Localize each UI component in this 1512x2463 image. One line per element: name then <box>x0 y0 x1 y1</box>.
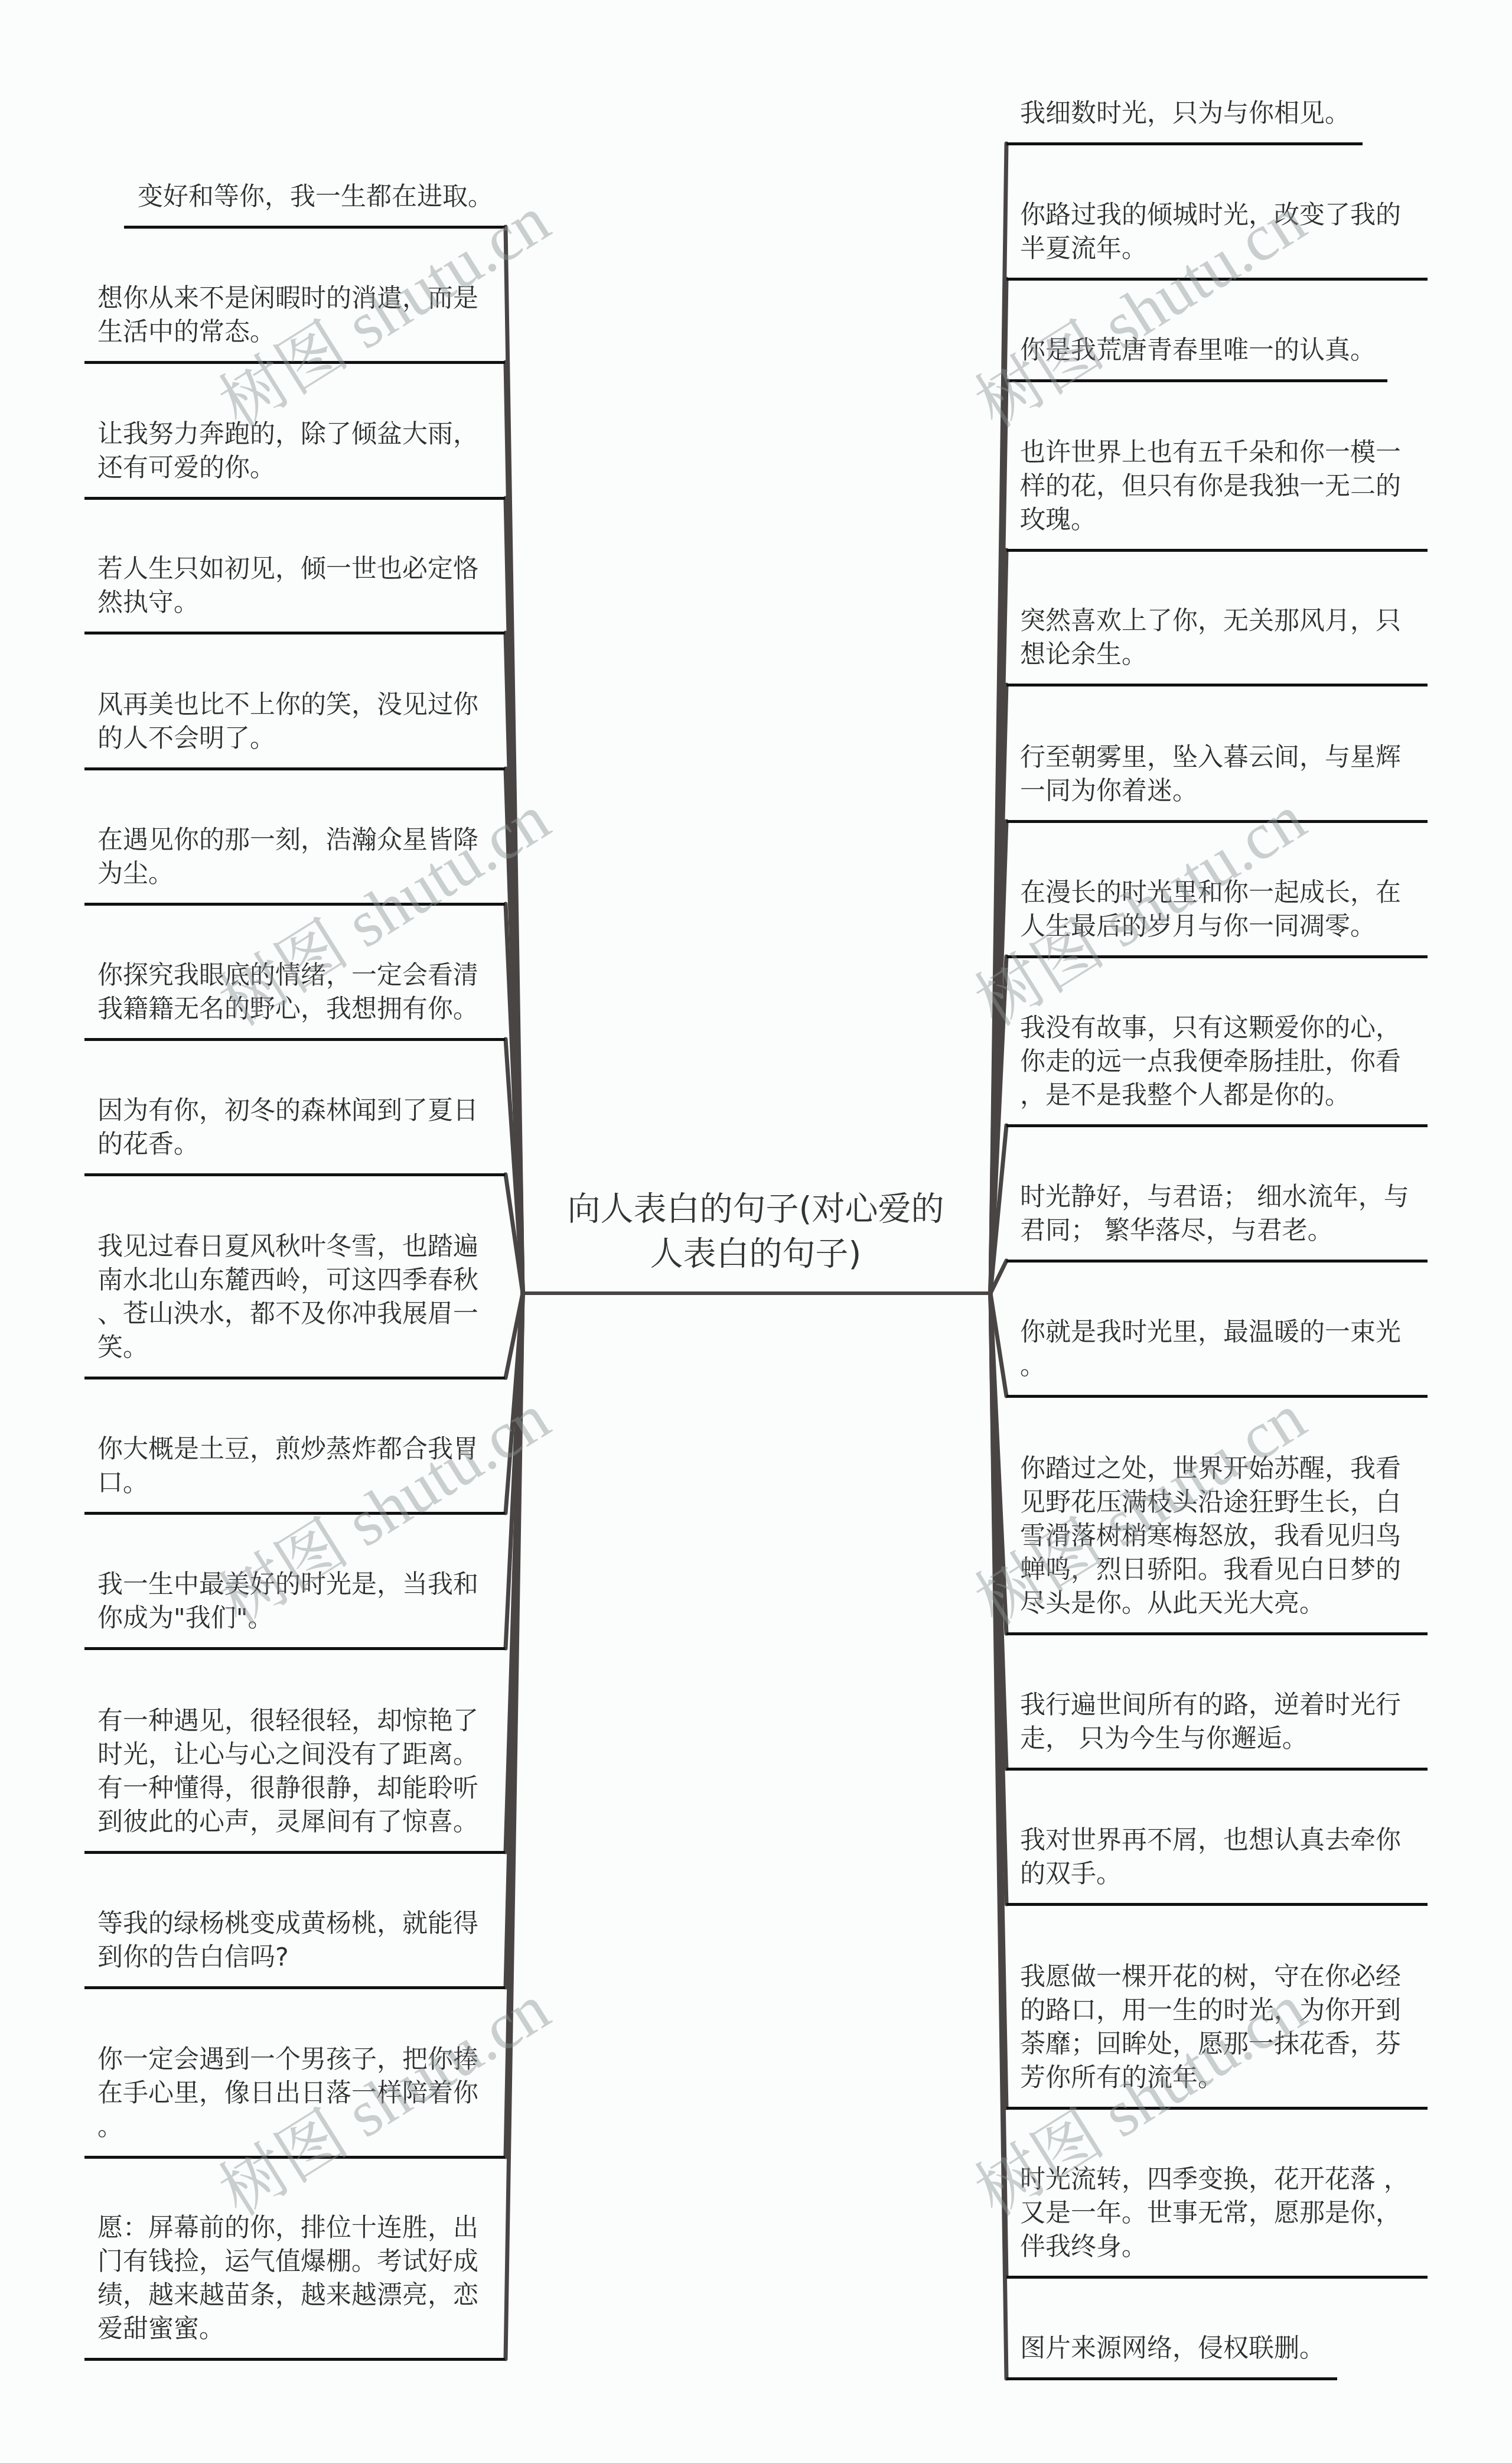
right-branch-node: 图片来源网络，侵权联删。 <box>1006 2332 1337 2380</box>
left-branch-node: 在遇见你的那一刻，浩瀚众星皆降 为尘。 <box>84 824 505 906</box>
right-branch-node: 你路过我的倾城时光，改变了我的 半夏流年。 <box>1006 199 1428 281</box>
left-branch-node: 想你从来不是闲暇时的消遣，而是 生活中的常态。 <box>84 282 505 364</box>
right-branch-node: 时光流转，四季变换，花开花落 ， 又是一年。世事无常，愿那是你， 伴我终身。 <box>1006 2163 1428 2279</box>
left-branch-node: 有一种遇见，很轻很轻，却惊艳了 时光，让心与心之间没有了距离。 有一种懂得，很静… <box>84 1704 505 1854</box>
right-branch-node: 时光静好，与君语； 细水流年，与 君同； 繁华落尽，与君老。 <box>1006 1180 1428 1263</box>
left-branch-node: 若人生只如初见，倾一世也必定恪 然执守。 <box>84 552 505 635</box>
left-branch-node: 等我的绿杨桃变成黄杨桃，就能得 到你的告白信吗? <box>84 1907 505 1989</box>
left-branch-node: 愿：屏幕前的你，排位十连胜，出 门有钱捡，运气值爆棚。考试好成 绩，越来越苗条，… <box>84 2211 505 2361</box>
left-branch-node: 你一定会遇到一个男孩子，把你捧 在手心里，像日出日落一样陪着你 。 <box>84 2043 505 2159</box>
right-branch-node: 你就是我时光里，最温暖的一束光 。 <box>1006 1316 1428 1398</box>
left-branch-node: 变好和等你，我一生都在进取。 <box>124 180 505 229</box>
left-branch-node: 我见过春日夏风秋叶冬雪，也踏遍 南水北山东麓西岭，可这四季春秋 、苍山泱水，都不… <box>84 1230 505 1379</box>
left-branch-node: 风再美也比不上你的笑，没见过你 的人不会明了。 <box>84 688 505 770</box>
left-branch-node: 让我努力奔跑的，除了倾盆大雨， 还有可爱的你。 <box>84 418 505 500</box>
right-branch-node: 我细数时光，只为与你相见。 <box>1006 97 1363 145</box>
right-branch-node: 我没有故事，只有这颗爱你的心， 你走的远一点我便牵肠挂肚，你看 ，是不是我整个人… <box>1006 1011 1428 1127</box>
right-branch-node: 你踏过之处，世界开始苏醒，我看 见野花压满枝头沿途狂野生长，白 雪滑落树梢寒梅怒… <box>1006 1452 1428 1635</box>
right-branch-node: 突然喜欢上了你，无关那风月，只 想论余生。 <box>1006 604 1428 686</box>
left-branch-node: 因为有你，初冬的森林闻到了夏日 的花香。 <box>84 1094 505 1176</box>
right-branch-node: 在漫长的时光里和你一起成长，在 人生最后的岁月与你一同凋零。 <box>1006 876 1428 958</box>
central-topic: 向人表白的句子(对心爱的 人表白的句子) <box>521 1187 990 1277</box>
right-branch-node: 也许世界上也有五千朵和你一模一 样的花，但只有你是我独一无二的 玫瑰。 <box>1006 436 1428 552</box>
right-branch-node: 我对世界再不屑，也想认真去牵你 的双手。 <box>1006 1824 1428 1906</box>
left-branch-node: 你大概是土豆，煎炒蒸炸都合我胃 口。 <box>84 1433 505 1515</box>
right-branch-node: 行至朝雾里，坠入暮云间，与星辉 一同为你着迷。 <box>1006 741 1428 823</box>
right-branch-node: 我行遍世间所有的路，逆着时光行 走， 只为今生与你邂逅。 <box>1006 1688 1428 1771</box>
left-branch-node: 你探究我眼底的情绪，一定会看清 我籍籍无名的野心，我想拥有你。 <box>84 959 505 1041</box>
mindmap-canvas: 向人表白的句子(对心爱的 人表白的句子) 变好和等你，我一生都在进取。 想你从来… <box>0 0 1512 2463</box>
right-branch-node: 我愿做一棵开花的树，守在你必经 的路口，用一生的时光，为你开到 荼靡；回眸处，愿… <box>1006 1960 1428 2110</box>
right-branch-node: 你是我荒唐青春里唯一的认真。 <box>1006 334 1387 382</box>
left-branch-node: 我一生中最美好的时光是，当我和 你成为"我们"。 <box>84 1568 505 1650</box>
